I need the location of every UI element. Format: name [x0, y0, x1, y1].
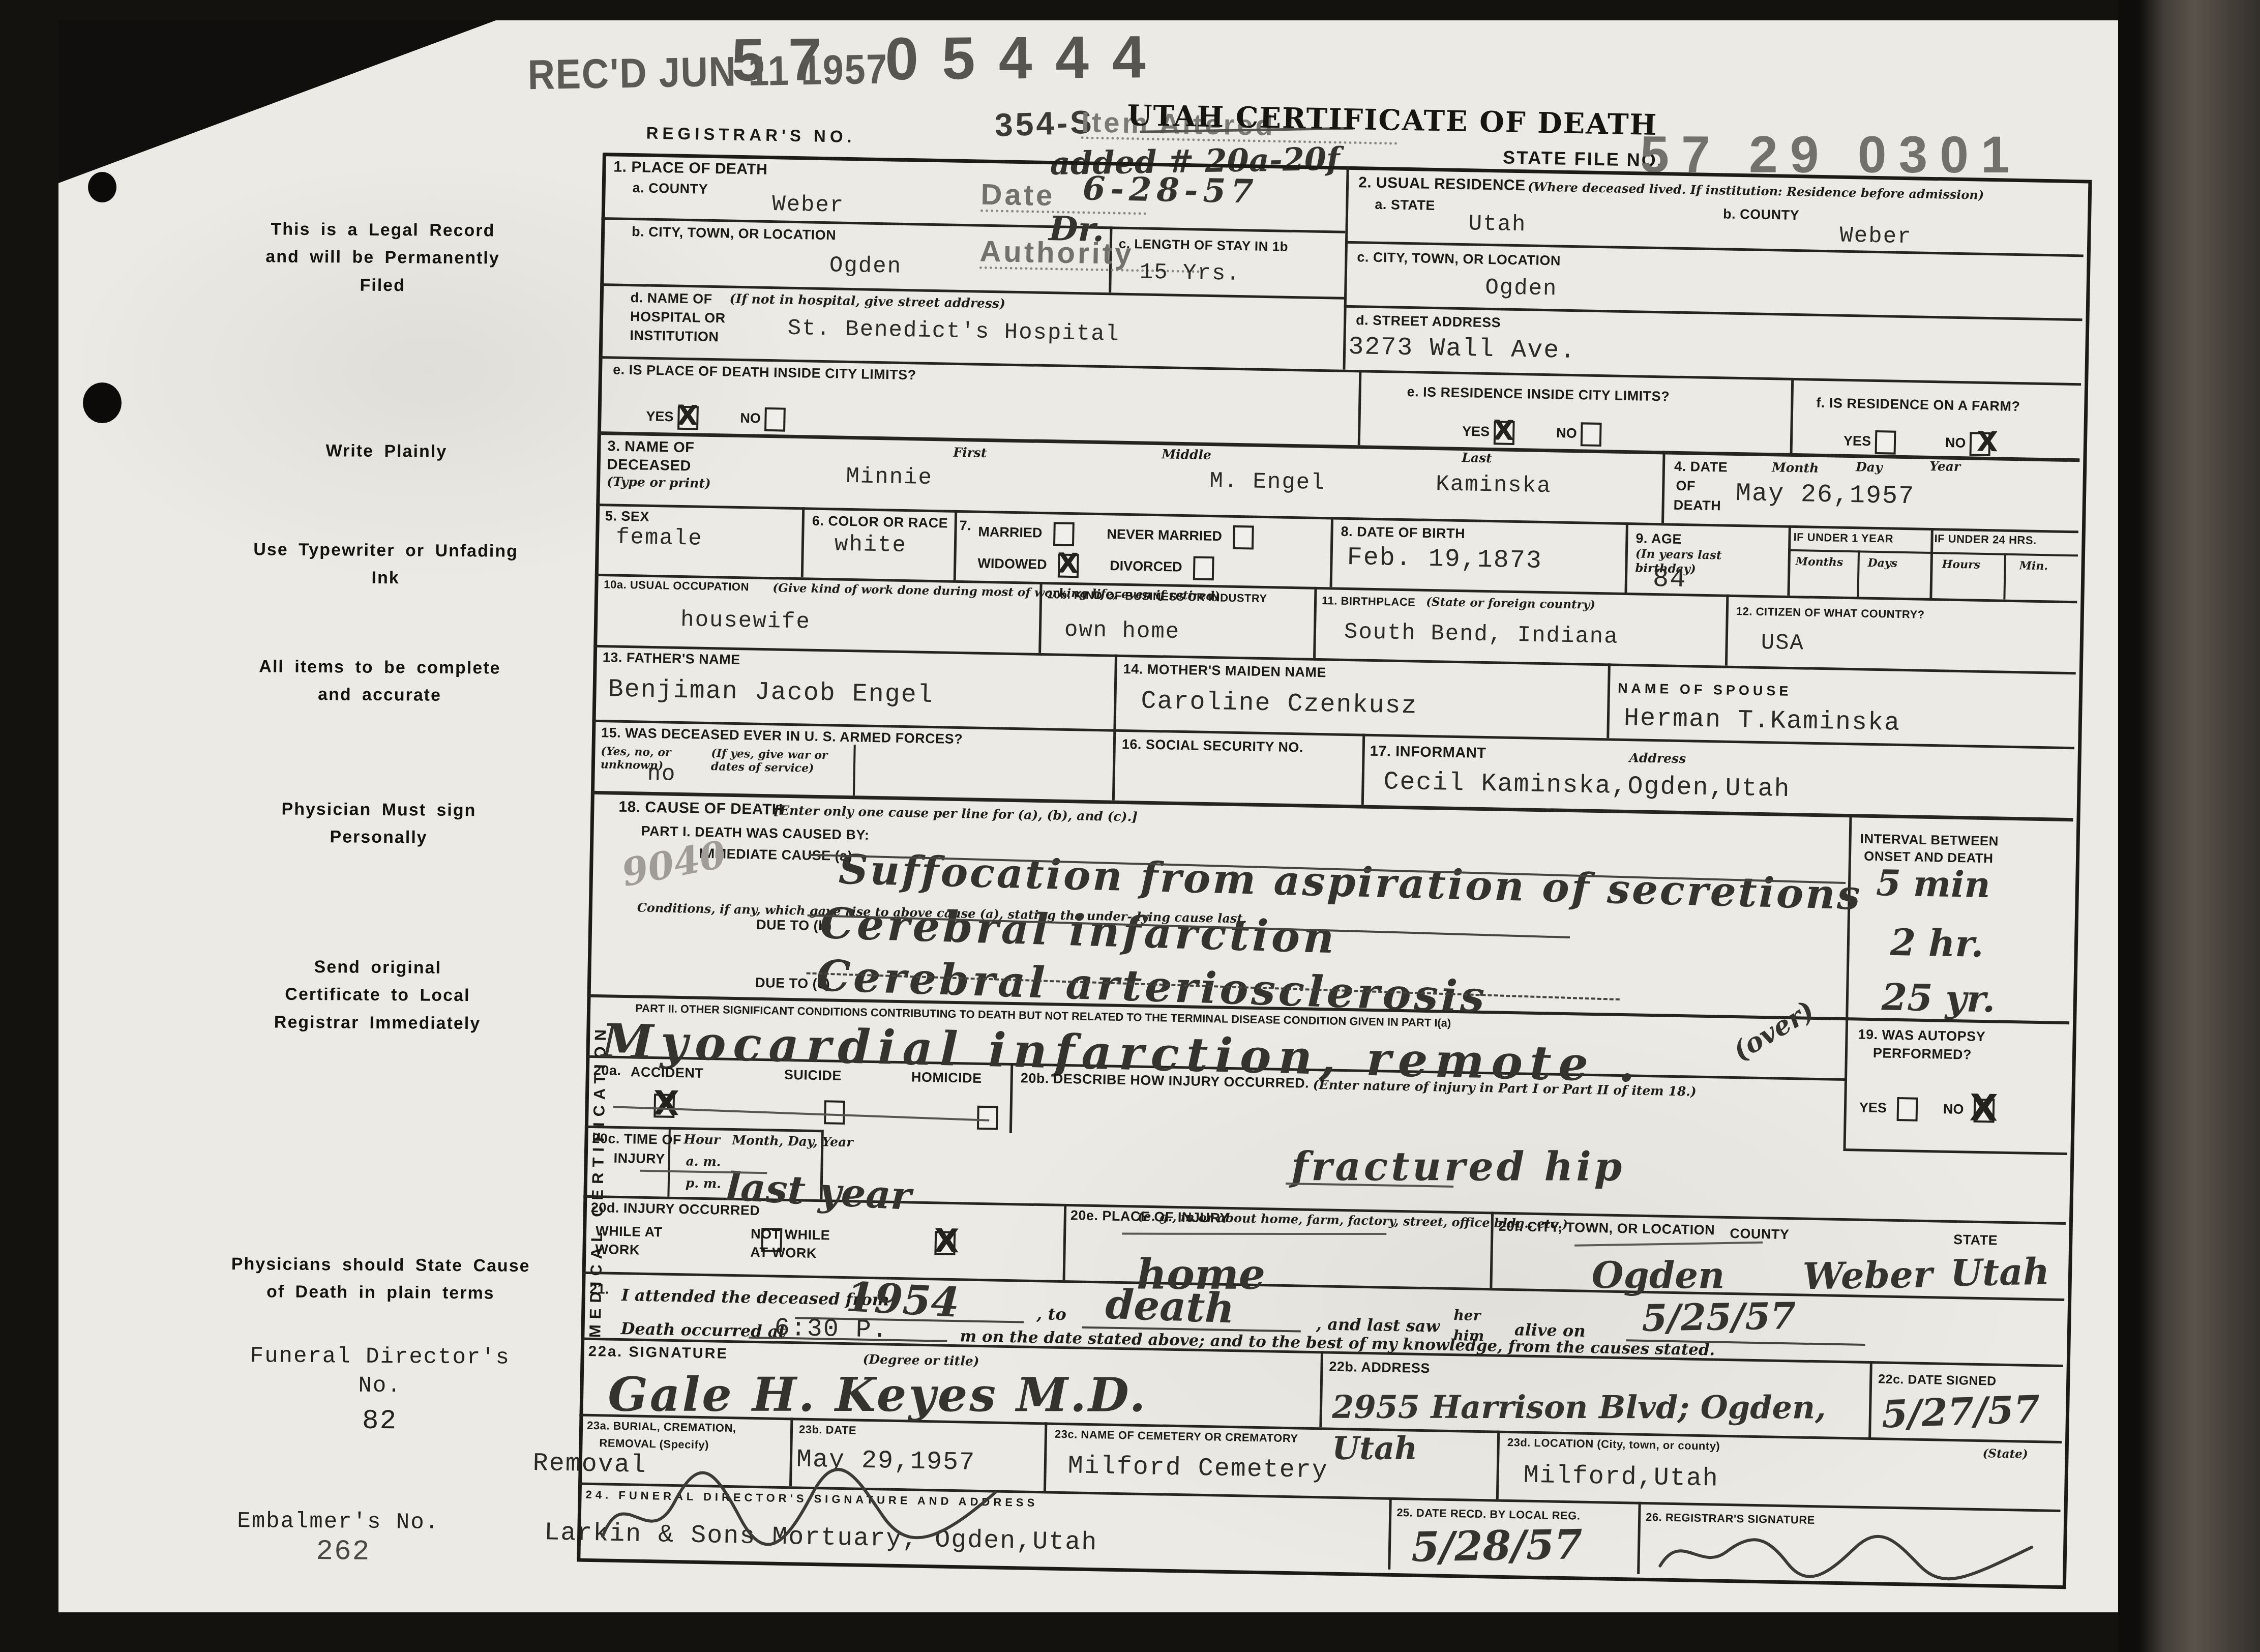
- s20f-county-label: COUNTY: [1730, 1225, 1790, 1243]
- s13-label: 13. FATHER'S NAME: [603, 649, 741, 668]
- s22b-value: 2955 Harrison Blvd; Ogden, Utah: [1332, 1387, 1856, 1469]
- s22b-label: 22b. ADDRESS: [1329, 1359, 1430, 1377]
- s1-limits-yes: YES X: [646, 405, 698, 430]
- s16-label: 16. SOCIAL SECURITY NO.: [1122, 736, 1304, 756]
- s20d-label: 20d. INJURY OCCURRED: [591, 1199, 760, 1219]
- s3-first-label: First: [953, 445, 987, 461]
- s20a-accident-label: ACCIDENT: [631, 1064, 704, 1081]
- margin-note-typewriter: Use Typewriter or Unfading Ink: [238, 536, 533, 593]
- funeral-director-no-label: Funeral Director's No.: [237, 1342, 523, 1402]
- margin-notes-column: This is a Legal Record and will be Perma…: [221, 19, 547, 1598]
- spouse-label: NAME OF SPOUSE: [1618, 680, 1792, 700]
- s2-farm-no-checkbox: X: [1970, 432, 1991, 456]
- s2-county-label: b. COUNTY: [1723, 205, 1800, 223]
- s1-limits-yes-checkbox: X: [677, 406, 699, 430]
- s7-widowed: WIDOWED X: [977, 552, 1079, 578]
- s7-never-married-checkbox: [1233, 525, 1254, 550]
- funeral-director-signature: [592, 1460, 1010, 1564]
- s1-limits-no: NO: [740, 407, 786, 432]
- s10a-value: housewife: [680, 608, 811, 635]
- s18-interval-label-1: INTERVAL BETWEEN: [1860, 831, 1999, 849]
- authority-value: Dr.: [1049, 212, 1105, 246]
- s9-min-label: Min.: [2019, 559, 2048, 573]
- s21-her-label: her: [1453, 1307, 1481, 1324]
- s1-stay-value: 15 Yrs.: [1139, 260, 1241, 286]
- s18-conditions-note: Conditions, if any, which gave rise to a…: [637, 898, 754, 919]
- s3-middle-label: Middle: [1162, 447, 1211, 463]
- s4-year-label: Year: [1929, 459, 1960, 475]
- s20d-notwhile-2: AT WORK: [750, 1244, 817, 1262]
- s2-street-value: 3273 Wall Ave.: [1348, 333, 1577, 365]
- s3-last-label: Last: [1462, 450, 1492, 466]
- s2-farm-yes-checkbox: [1875, 430, 1896, 455]
- s23b-label: 23b. DATE: [799, 1423, 856, 1437]
- s11-value: South Bend, Indiana: [1344, 620, 1619, 650]
- margin-note-send-original: Send original Certificate to Local Regis…: [271, 953, 485, 1037]
- s1-county-value: Weber: [772, 192, 845, 218]
- date-stamp-value: 6-28-57: [1082, 172, 1259, 208]
- s21-to-text: , to: [1036, 1304, 1066, 1324]
- s1-limits-no-checkbox: [764, 407, 786, 432]
- s23c-value: Milford Cemetery: [1067, 1452, 1328, 1485]
- s2-farm-no: NO X: [1945, 431, 1991, 456]
- s2-limits-yes: YES X: [1462, 420, 1514, 445]
- s15-hint2: (If yes, give war or dates of service): [711, 747, 849, 776]
- s9-value: 84: [1652, 565, 1686, 594]
- s19-label-1: 19. WAS AUTOPSY: [1858, 1026, 1985, 1045]
- s15-value: no: [647, 762, 676, 787]
- certificate-form: 57 05444 REC'D JUN 11 1957 REGISTRAR'S N…: [577, 153, 2085, 1586]
- s2-farm-yes: YES: [1843, 430, 1896, 455]
- s20c-label-1: 20c. TIME OF: [592, 1130, 681, 1148]
- s7-married: MARRIED: [978, 521, 1074, 546]
- s2-state-label: a. STATE: [1375, 196, 1435, 214]
- s13-value: Benjiman Jacob Engel: [608, 675, 934, 710]
- margin-note-physician-sign: Physician Must sign Personally: [272, 795, 486, 852]
- s25-value: 5/28/57: [1411, 1524, 1583, 1568]
- s21-number: 21.: [589, 1281, 610, 1297]
- s10b-value: own home: [1064, 618, 1180, 645]
- scan-edge-strip: [2118, 0, 2260, 1652]
- registrar-signature: [1655, 1525, 2042, 1588]
- s18-cause-a-interval: 5 min: [1876, 865, 1990, 903]
- s20c-pm-label: p. m.: [686, 1175, 722, 1191]
- margin-note-plain-terms: Physicians should State Cause of Death i…: [223, 1250, 539, 1308]
- s7-divorced-checkbox: [1193, 556, 1214, 580]
- s23a-label-2: REMOVAL (Specify): [599, 1436, 709, 1452]
- s3-middle-value: M. Engel: [1209, 469, 1325, 496]
- s2-limits-no: NO: [1556, 422, 1602, 447]
- s12-value: USA: [1761, 631, 1804, 656]
- s20d-while-1: WHILE AT: [596, 1223, 663, 1241]
- margin-note-write-plainly: Write Plainly: [244, 436, 529, 466]
- s19-yes: YES: [1859, 1097, 1918, 1122]
- s20f-city-value: Ogden: [1592, 1257, 1725, 1293]
- s22a-label: 22a. SIGNATURE: [588, 1343, 728, 1363]
- s6-value: white: [835, 532, 907, 558]
- s9-label: 9. AGE: [1635, 530, 1682, 547]
- s2-city-value: Ogden: [1485, 276, 1558, 302]
- s18-cause-b-interval: 2 hr.: [1890, 924, 1984, 962]
- s2-limits-yes-checkbox: X: [1493, 421, 1514, 445]
- embalmer-no-value: 262: [201, 1532, 486, 1572]
- margin-note-complete: All items to be complete and accurate: [257, 653, 502, 710]
- received-date-stamp: REC'D JUN 11 1957: [527, 49, 888, 97]
- s20a-suicide-checkbox: [824, 1100, 846, 1125]
- registrars-no-value: 354-S: [994, 105, 1095, 141]
- s8-value: Feb. 19,1873: [1347, 544, 1542, 575]
- s9-months-label: Months: [1795, 555, 1843, 569]
- s20a-homicide-checkbox: [977, 1106, 998, 1130]
- s4-label-1: 4. DATE: [1674, 458, 1728, 476]
- s22c-value: 5/27/57: [1881, 1391, 2041, 1434]
- s20c-am-label: a. m.: [686, 1154, 721, 1169]
- s19-yes-checkbox: [1896, 1097, 1918, 1122]
- s4-label-2: OF: [1676, 478, 1696, 494]
- certificate-title: UTAH CERTIFICATE OF DEATH: [1127, 101, 1658, 139]
- s19-no-checkbox: X: [1974, 1099, 1995, 1123]
- s1-stay-label: c. LENGTH OF STAY IN 1b: [1119, 236, 1289, 255]
- s9-hours-label: Hours: [1942, 557, 1980, 572]
- registrars-no-label: REGISTRAR'S NO.: [646, 123, 856, 147]
- spouse-value: Herman T.Kaminska: [1623, 704, 1900, 737]
- s4-day-label: Day: [1856, 459, 1883, 475]
- s1-hospital-label-2: HOSPITAL OR: [630, 308, 726, 327]
- s7-divorced: DIVORCED: [1110, 554, 1214, 580]
- s3-first-value: Minnie: [846, 464, 933, 491]
- s2-street-label: d. STREET ADDRESS: [1356, 312, 1501, 331]
- s20c-mdy-label: Month, Day, Year: [732, 1133, 853, 1150]
- s20f-state-label: STATE: [1953, 1231, 1998, 1249]
- s2-state-value: Utah: [1468, 212, 1526, 237]
- s4-label-3: DEATH: [1673, 497, 1721, 514]
- hole-punch-top: [88, 172, 116, 202]
- margin-note-legal-record: This is a Legal Record and will be Perma…: [260, 215, 505, 300]
- s7-never-married: NEVER MARRIED: [1107, 523, 1254, 549]
- s2-limits-no-checkbox: [1581, 422, 1602, 447]
- s20f-state-value: Utah: [1950, 1253, 2049, 1291]
- s9-days-label: Days: [1867, 556, 1897, 570]
- s20a-suicide-label: SUICIDE: [784, 1067, 842, 1084]
- pen-line-20e: [1122, 1233, 1386, 1235]
- funeral-director-no-value: 82: [237, 1403, 522, 1440]
- hole-punch-bottom: [83, 382, 122, 423]
- s1-hospital-label-1: d. NAME OF: [630, 289, 712, 307]
- s20d-while-2: WORK: [595, 1241, 640, 1258]
- s1-hospital-label-3: INSTITUTION: [630, 327, 719, 345]
- s20d-notwhile-checkbox: X: [934, 1231, 956, 1255]
- s22c-label: 22c. DATE SIGNED: [1878, 1371, 1997, 1389]
- s17-label: 17. INFORMANT: [1370, 743, 1486, 762]
- s4-value: May 26,1957: [1736, 480, 1915, 511]
- s14-value: Caroline Czenkusz: [1141, 688, 1418, 721]
- s5-label: 5. SEX: [605, 508, 650, 525]
- s19-no: NO X: [1943, 1098, 1995, 1123]
- s3-last-value: Kaminska: [1436, 472, 1552, 499]
- s3-title-3: (Type or print): [607, 474, 711, 491]
- s20d-notwhile-1: NOT WHILE: [751, 1226, 830, 1244]
- s21-alive-date: 5/25/57: [1642, 1297, 1796, 1337]
- s5-value: female: [616, 525, 703, 552]
- s23d-value: Milford,Utah: [1523, 1462, 1719, 1493]
- s20a-homicide-label: HOMICIDE: [911, 1069, 982, 1086]
- s20f-county-value: Weber: [1802, 1256, 1932, 1294]
- s2-county-value: Weber: [1839, 224, 1912, 250]
- s2-title: 2. USUAL RESIDENCE: [1358, 173, 1526, 195]
- s19-label-2: PERFORMED?: [1873, 1045, 1972, 1063]
- s9-under24-label: IF UNDER 24 HRS.: [1934, 532, 2037, 547]
- s1-county-label: a. COUNTY: [632, 180, 708, 197]
- s4-month-label: Month: [1772, 460, 1819, 476]
- s20c-hour-label: Hour: [683, 1132, 720, 1147]
- s20a-number: 20a.: [593, 1062, 621, 1079]
- s20b-value: fractured hip: [1291, 1147, 1625, 1187]
- s18-cause-c-interval: 25 yr.: [1881, 979, 1996, 1017]
- s20c-label-2: INJURY: [613, 1150, 665, 1167]
- s18-title: 18. CAUSE OF DEATH: [618, 798, 783, 819]
- certificate-paper: This is a Legal Record and will be Perma…: [58, 20, 2118, 1612]
- s21-lastsaw-text: , and last saw: [1316, 1314, 1440, 1336]
- s20a-accident-checkbox: X: [653, 1094, 675, 1118]
- s17-address-label: Address: [1629, 750, 1686, 766]
- s23d-state-hint: (State): [1982, 1447, 2028, 1461]
- s3-title-1: 3. NAME OF: [607, 437, 695, 457]
- s22a-degree-hint: (Degree or title): [863, 1352, 979, 1369]
- s9-under1-label: IF UNDER 1 YEAR: [1793, 530, 1893, 546]
- s3-title-2: DECEASED: [607, 456, 691, 475]
- s11-label: 11. BIRTHPLACE: [1322, 594, 1416, 609]
- s21-to-value: death: [1105, 1284, 1235, 1329]
- s8-label: 8. DATE OF BIRTH: [1341, 523, 1465, 542]
- physician-signature: Gale H. Keyes M.D.: [608, 1371, 1147, 1419]
- s6-label: 6. COLOR OR RACE: [812, 513, 948, 532]
- s1-title: 1. PLACE OF DEATH: [613, 158, 768, 179]
- s7-number: 7.: [959, 517, 971, 534]
- s23a-label-1: 23a. BURIAL, CREMATION,: [587, 1419, 736, 1435]
- s7-married-checkbox: [1053, 522, 1074, 546]
- s1-city-value: Ogden: [829, 253, 902, 279]
- s7-widowed-checkbox: X: [1058, 554, 1079, 578]
